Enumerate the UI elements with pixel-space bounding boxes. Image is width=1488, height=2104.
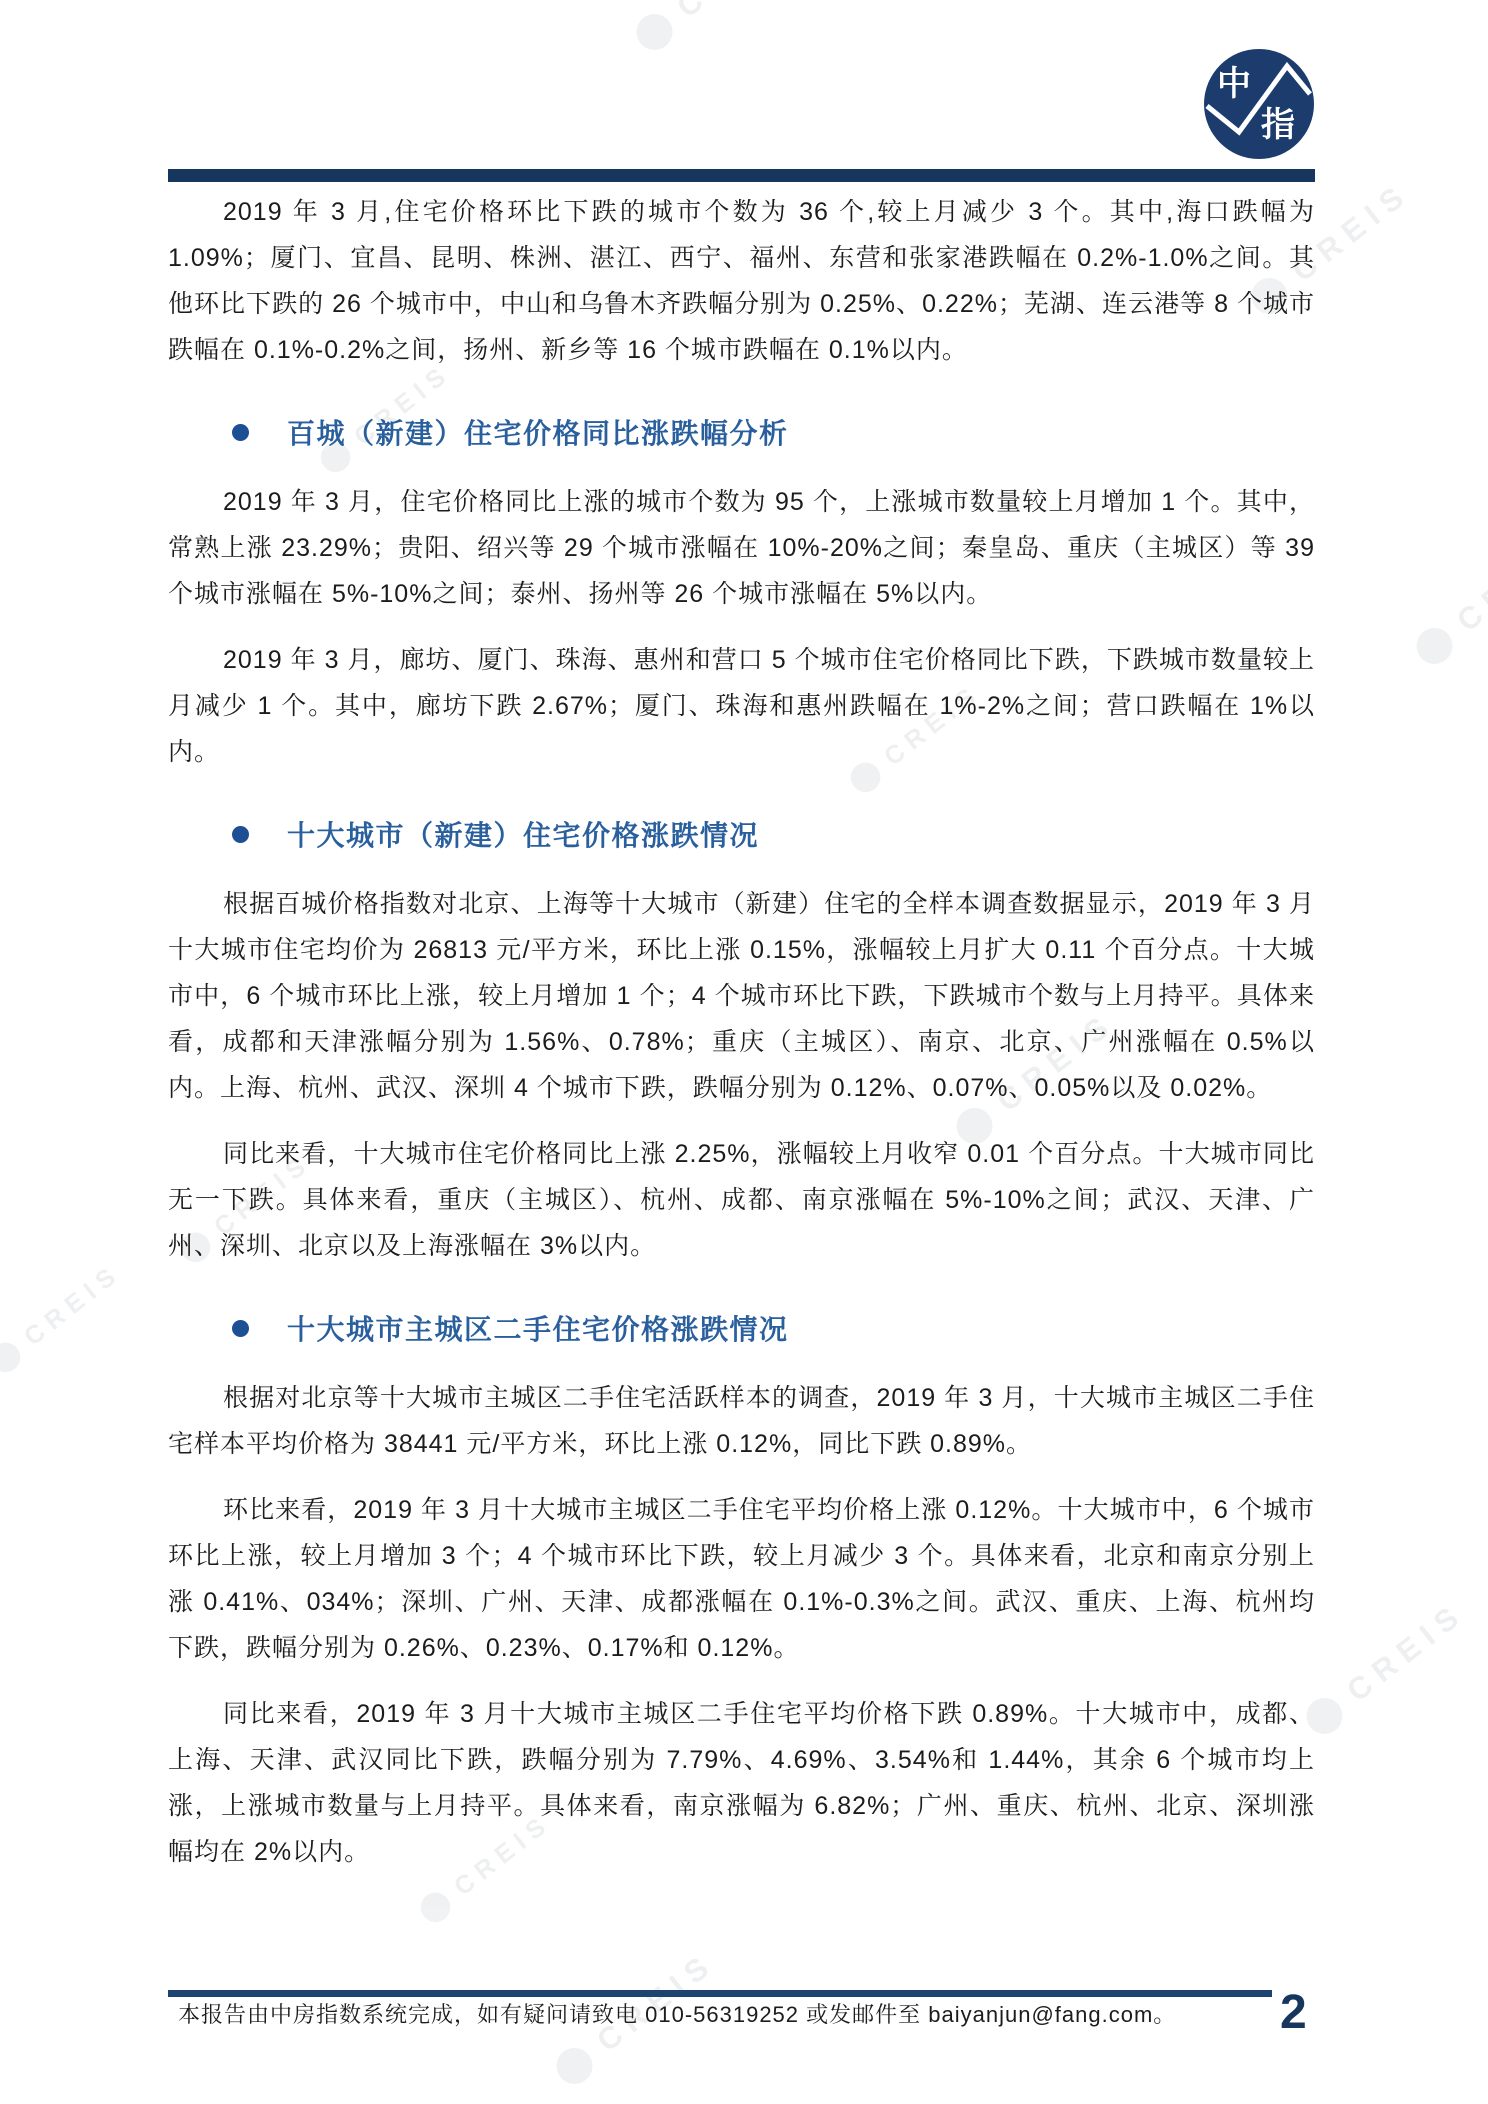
bullet-icon xyxy=(232,424,249,441)
paragraph: 根据百城价格指数对北京、上海等十大城市（新建）住宅的全样本调查数据显示，2019… xyxy=(168,881,1315,1111)
paragraph: 2019 年 3 月，廊坊、厦门、珠海、惠州和营口 5 个城市住宅价格同比下跌，… xyxy=(168,637,1315,775)
creis-watermark: CREIS xyxy=(1299,1595,1472,1741)
paragraph: 2019 年 3 月,住宅价格环比下跌的城市个数为 36 个,较上月减少 3 个… xyxy=(168,189,1315,373)
section-header-label: 十大城市（新建）住宅价格涨跌情况 xyxy=(287,820,759,851)
section-header-100cities-yoy: 百城（新建）住宅价格同比涨跌幅分析 xyxy=(168,411,1315,457)
watermark-disc-icon xyxy=(0,1337,26,1378)
paragraph: 2019 年 3 月，住宅价格同比上涨的城市个数为 95 个，上涨城市数量较上月… xyxy=(168,479,1315,617)
footer-rule xyxy=(168,1990,1272,1997)
creis-watermark: CREIS xyxy=(1409,525,1488,671)
creis-watermark: CREIS xyxy=(0,1258,127,1378)
paragraph: 根据对北京等十大城市主城区二手住宅活跃样本的调查，2019 年 3 月，十大城市… xyxy=(168,1375,1315,1467)
paragraph: 同比来看，2019 年 3 月十大城市主城区二手住宅平均价格下跌 0.89%。十… xyxy=(168,1691,1315,1875)
report-page: CREIS CREIS CREIS CREIS CREIS CREIS CREI… xyxy=(0,0,1488,2104)
section-header-ten-cities-secondhand: 十大城市主城区二手住宅价格涨跌情况 xyxy=(168,1307,1315,1353)
watermark-disc-icon xyxy=(415,1887,456,1928)
footer-note: 本报告由中房指数系统完成，如有疑问请致电 010-56319252 或发邮件至 … xyxy=(178,1998,1178,2032)
report-body: 2019 年 3 月,住宅价格环比下跌的城市个数为 36 个,较上月减少 3 个… xyxy=(168,0,1315,1875)
paragraph: 同比来看，十大城市住宅价格同比上涨 2.25%，涨幅较上月收窄 0.01 个百分… xyxy=(168,1131,1315,1269)
page-number: 2 xyxy=(1280,1988,1307,2038)
bullet-icon xyxy=(232,1320,249,1337)
section-header-label: 十大城市主城区二手住宅价格涨跌情况 xyxy=(287,1314,789,1345)
section-header-label: 百城（新建）住宅价格同比涨跌幅分析 xyxy=(287,418,789,449)
section-header-ten-cities-new: 十大城市（新建）住宅价格涨跌情况 xyxy=(168,813,1315,859)
watermark-disc-icon xyxy=(549,2041,600,2092)
paragraph: 环比来看，2019 年 3 月十大城市主城区二手住宅平均价格上涨 0.12%。十… xyxy=(168,1487,1315,1671)
bullet-icon xyxy=(232,826,249,843)
watermark-disc-icon xyxy=(1409,621,1460,672)
